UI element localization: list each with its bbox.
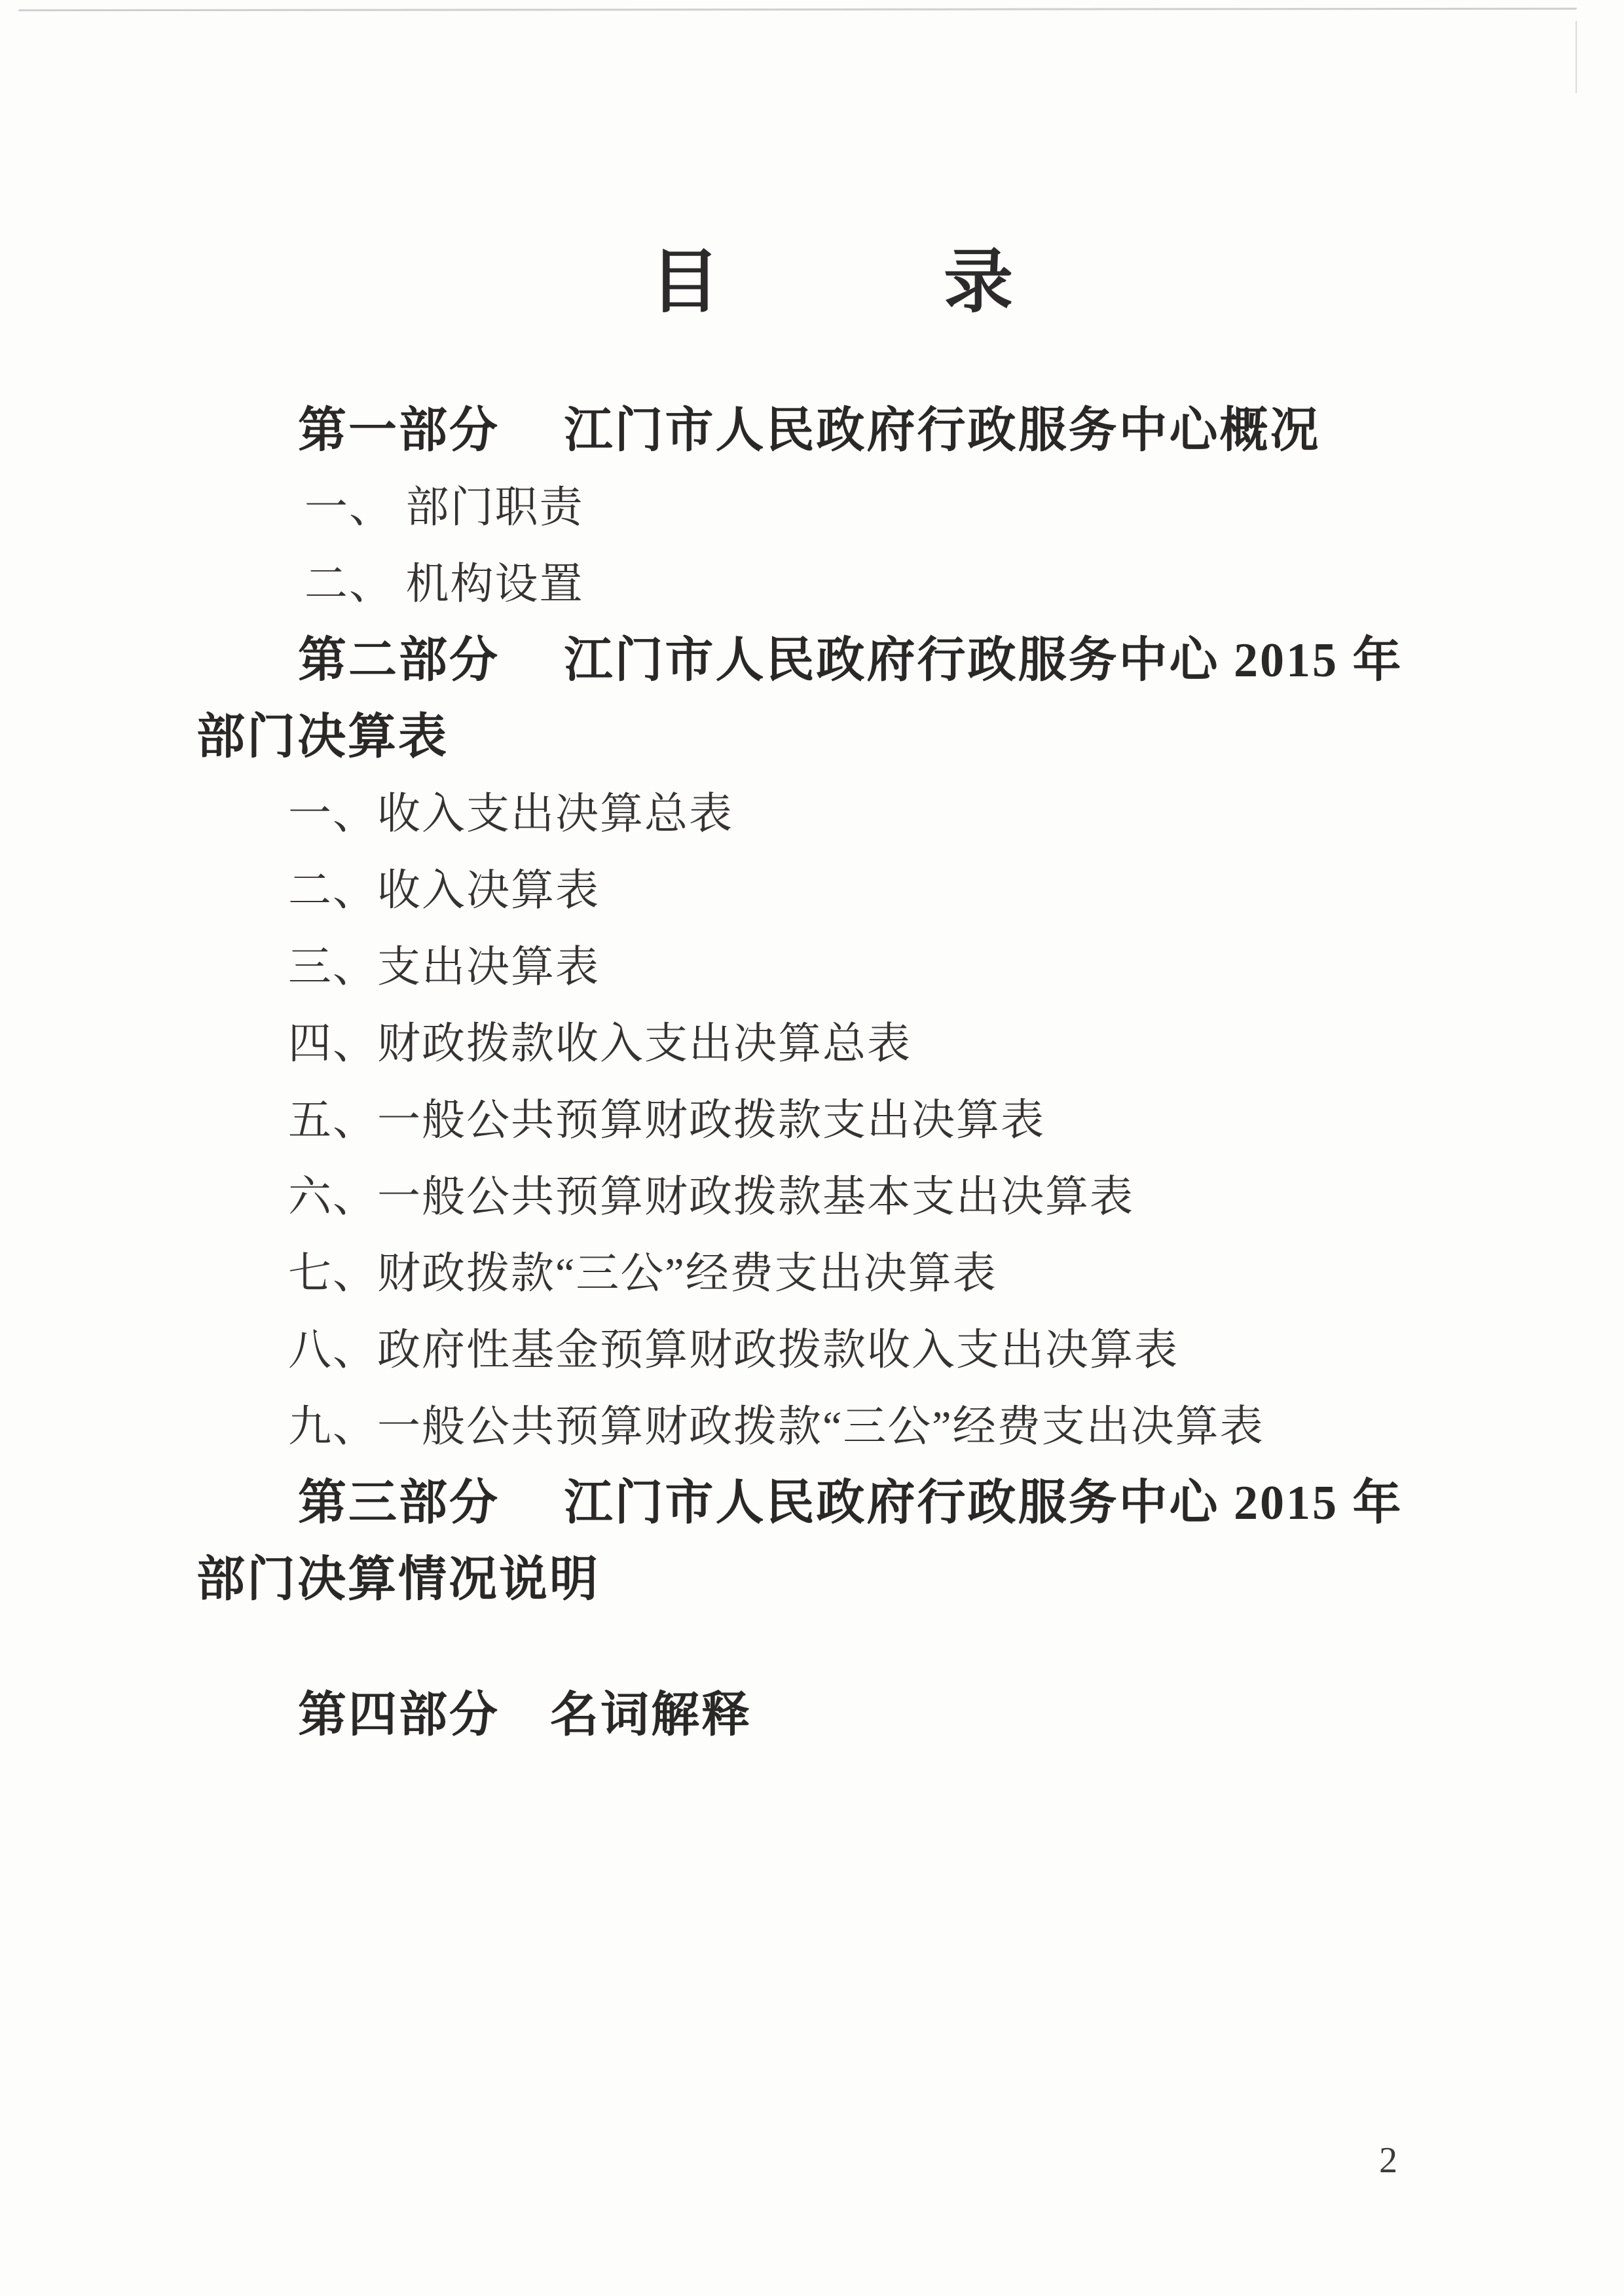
toc-part3-heading-continuation: 部门决算情况说明 [196,1542,1421,1618]
toc-part1-heading: 第一部分 江门市人民政府行政服务中心概况 [196,393,1421,469]
toc-item-part2-1: 一、收入支出决算总表 [196,776,1421,852]
toc-item-part2-4: 四、财政拨款收入支出决算总表 [196,1006,1421,1082]
toc-item-part2-9: 九、一般公共预算财政拨款“三公”经费支出决算表 [196,1389,1421,1465]
toc-part2-heading: 第二部分 江门市人民政府行政服务中心 2015 年 [196,623,1421,699]
toc-item-part2-3: 三、支出决算表 [196,929,1421,1006]
toc-part3-heading: 第三部分 江门市人民政府行政服务中心 2015 年 [196,1465,1421,1542]
toc-part2-heading-continuation: 部门决算表 [196,699,1421,776]
toc-item-part2-6: 六、一般公共预算财政拨款基本支出决算表 [196,1159,1421,1235]
toc-content: 目 录 第一部分 江门市人民政府行政服务中心概况 一、 部门职责 二、 机构设置… [196,0,1421,1754]
page-title: 目 录 [244,230,1421,322]
toc-item-part2-2: 二、收入决算表 [196,852,1421,929]
toc-part4-heading: 第四部分 名词解释 [196,1677,1421,1754]
page-number: 2 [1379,2140,1397,2181]
toc-item-part1-2: 二、 机构设置 [196,546,1421,623]
toc-item-part2-5: 五、一般公共预算财政拨款支出决算表 [196,1082,1421,1159]
scan-artifact-right-line [1576,21,1577,93]
toc-item-part1-1: 一、 部门职责 [196,469,1421,546]
page-title-char-left: 目 [650,227,721,326]
scanned-document-page: 目 录 第一部分 江门市人民政府行政服务中心概况 一、 部门职责 二、 机构设置… [0,0,1624,2296]
toc-item-part2-7: 七、财政拨款“三公”经费支出决算表 [196,1235,1421,1312]
page-title-char-right: 录 [944,227,1014,326]
toc-item-part2-8: 八、政府性基金预算财政拨款收入支出决算表 [196,1312,1421,1389]
